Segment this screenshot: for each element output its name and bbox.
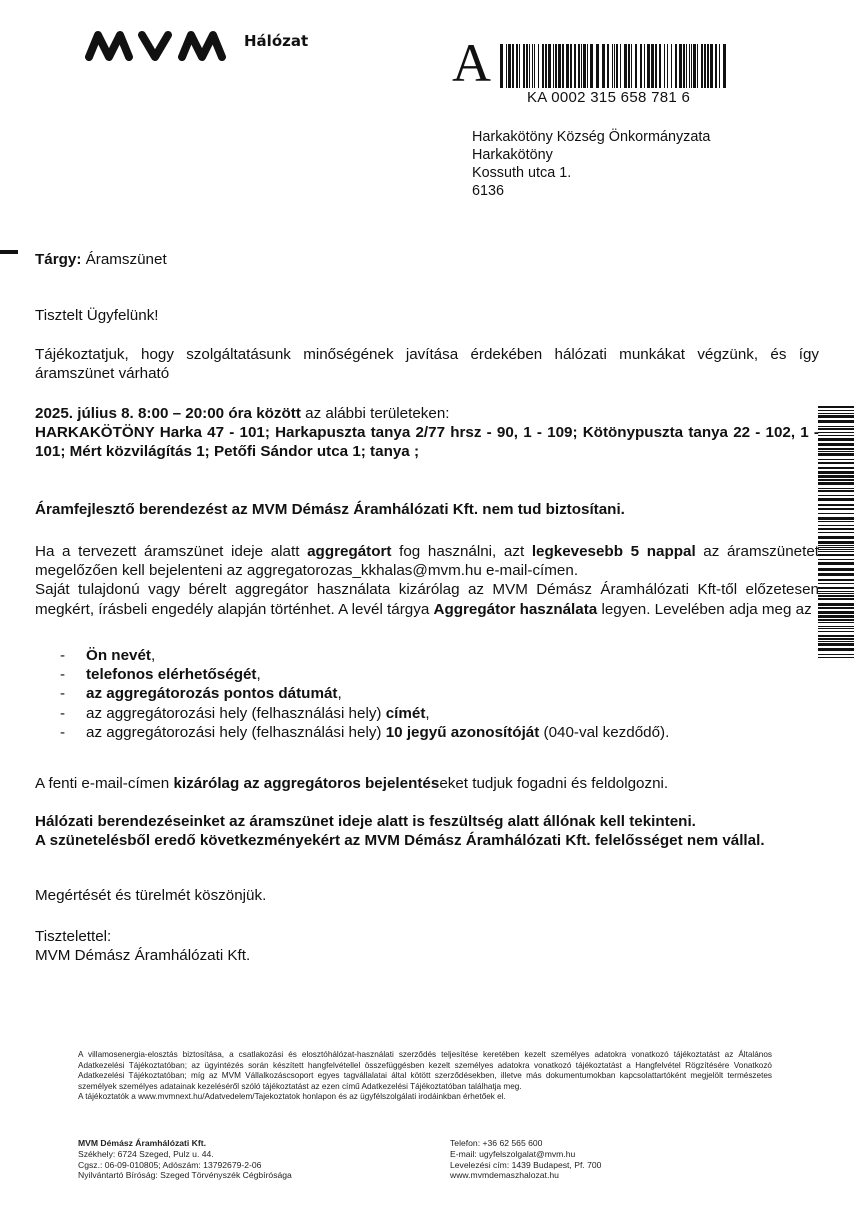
- company-line: Székhely: 6724 Szeged, Pulz u. 44.: [78, 1149, 292, 1160]
- postal-class: A: [452, 36, 491, 90]
- logo-subtitle: Hálózat: [244, 32, 308, 50]
- company-name: MVM Démász Áramhálózati Kft.: [78, 1138, 292, 1149]
- legal-text: A villamosenergia-elosztás biztosítása, …: [78, 1050, 772, 1092]
- bold-span: Ön nevét: [86, 647, 151, 664]
- subject-line: Tárgy: Áramszünet: [35, 250, 819, 269]
- text-span: legyen. Levelében adja meg az: [597, 601, 811, 618]
- required-info-list: -Ön nevét, -telefonos elérhetőségét, -az…: [60, 646, 820, 742]
- list-item: -telefonos elérhetőségét,: [60, 665, 820, 684]
- list-dash: -: [60, 646, 86, 665]
- safety-warning: Hálózati berendezéseinket az áramszünet …: [35, 812, 819, 850]
- thanks-line: Megértését és türelmét köszönjük.: [35, 886, 819, 905]
- text-span: az aggregátorozási hely (felhasználási h…: [86, 705, 386, 722]
- vertical-barcode-icon: [818, 406, 854, 658]
- list-dash: -: [60, 665, 86, 684]
- outage-areas: HARKAKÖTÖNY Harka 47 - 101; Harkapuszta …: [35, 423, 819, 461]
- bold-span: telefonos elérhetőségét: [86, 666, 256, 683]
- company-line: Cgsz.: 06-09-010805; Adószám: 13792679-2…: [78, 1160, 292, 1171]
- bold-span: aggregátort: [307, 543, 391, 560]
- list-dash: -: [60, 704, 86, 723]
- subject-value: Áramszünet: [81, 251, 166, 268]
- recipient-address: Harkakötöny Község Önkormányzata Harkakö…: [472, 128, 710, 200]
- company-line: Nyilvántartó Bíróság: Szeged Törvényszék…: [78, 1170, 292, 1181]
- text-span: fog használni, azt: [391, 543, 531, 560]
- closing: Tisztelettel:: [35, 927, 819, 946]
- generator-notice: Áramfejlesztő berendezést az MVM Démász …: [35, 500, 819, 519]
- subject-label: Tárgy:: [35, 251, 81, 268]
- list-item: -az aggregátorozási hely (felhasználási …: [60, 723, 820, 742]
- barcode-icon: [500, 44, 728, 88]
- list-dash: -: [60, 723, 86, 742]
- closing-block: Tisztelettel: MVM Démász Áramhálózati Kf…: [35, 927, 819, 965]
- address-line: 6136: [472, 182, 710, 200]
- bold-span: legkevesebb 5 nappal: [532, 543, 696, 560]
- contact-website: www.mvmdemaszhalozat.hu: [450, 1170, 601, 1181]
- outage-date: 2025. július 8. 8:00 – 20:00 óra között: [35, 405, 301, 422]
- text-span: Ha a tervezett áramszünet ideje alatt: [35, 543, 307, 560]
- text-span: ,: [151, 647, 155, 664]
- mvm-logo: [84, 28, 240, 62]
- footer-contact-info: Telefon: +36 62 565 600 E-mail: ugyfelsz…: [450, 1138, 601, 1181]
- address-line: Kossuth utca 1.: [472, 164, 710, 182]
- address-line: Harkakötöny Község Önkormányzata: [472, 128, 710, 146]
- greeting: Tisztelt Ügyfelünk!: [35, 306, 819, 325]
- contact-email: E-mail: ugyfelszolgalat@mvm.hu: [450, 1149, 601, 1160]
- list-item: -az aggregátorozási hely (felhasználási …: [60, 704, 820, 723]
- intro-paragraph: Tájékoztatjuk, hogy szolgáltatásunk minő…: [35, 345, 819, 383]
- email-usage-note: A fenti e-mail-címen kizárólag az aggreg…: [35, 774, 819, 793]
- list-item: -Ön nevét,: [60, 646, 820, 665]
- text-span: eket tudjuk fogadni és feldolgozni.: [439, 775, 668, 792]
- outage-date-suffix: az alábbi területeken:: [301, 405, 450, 422]
- outage-details: 2025. július 8. 8:00 – 20:00 óra között …: [35, 404, 819, 462]
- bold-span: Aggregátor használata: [434, 601, 598, 618]
- bold-span: címét: [386, 705, 426, 722]
- text-span: (040-val kezdődő).: [539, 724, 669, 741]
- bold-span: 10 jegyű azonosítóját: [386, 724, 540, 741]
- aggregator-paragraph: Ha a tervezett áramszünet ideje alatt ag…: [35, 542, 819, 619]
- signature: MVM Démász Áramhálózati Kft.: [35, 946, 819, 965]
- warning-line: Hálózati berendezéseinket az áramszünet …: [35, 812, 819, 831]
- list-item: -az aggregátorozás pontos dátumát,: [60, 684, 820, 703]
- text-span: az aggregátorozási hely (felhasználási h…: [86, 724, 386, 741]
- bold-span: kizárólag az aggregátoros bejelentés: [173, 775, 439, 792]
- text-span: ,: [256, 666, 260, 683]
- text-span: A fenti e-mail-címen: [35, 775, 173, 792]
- mvm-logo-icon: [84, 28, 240, 62]
- footer-company-info: MVM Démász Áramhálózati Kft. Székhely: 6…: [78, 1138, 292, 1181]
- contact-postal: Levelezési cím: 1439 Budapest, Pf. 700: [450, 1160, 601, 1171]
- bold-span: az aggregátorozás pontos dátumát: [86, 685, 337, 702]
- contact-phone: Telefon: +36 62 565 600: [450, 1138, 601, 1149]
- legal-text: A tájékoztatók a www.mvmnext.hu/Adatvede…: [78, 1092, 772, 1103]
- address-line: Harkakötöny: [472, 146, 710, 164]
- warning-line: A szünetelésből eredő következményekért …: [35, 831, 819, 850]
- fold-mark: [0, 250, 18, 254]
- list-dash: -: [60, 684, 86, 703]
- text-span: ,: [337, 685, 341, 702]
- footer-legal-notice: A villamosenergia-elosztás biztosítása, …: [78, 1050, 772, 1103]
- text-span: ,: [425, 705, 429, 722]
- barcode-number: KA 0002 315 658 781 6: [527, 89, 690, 106]
